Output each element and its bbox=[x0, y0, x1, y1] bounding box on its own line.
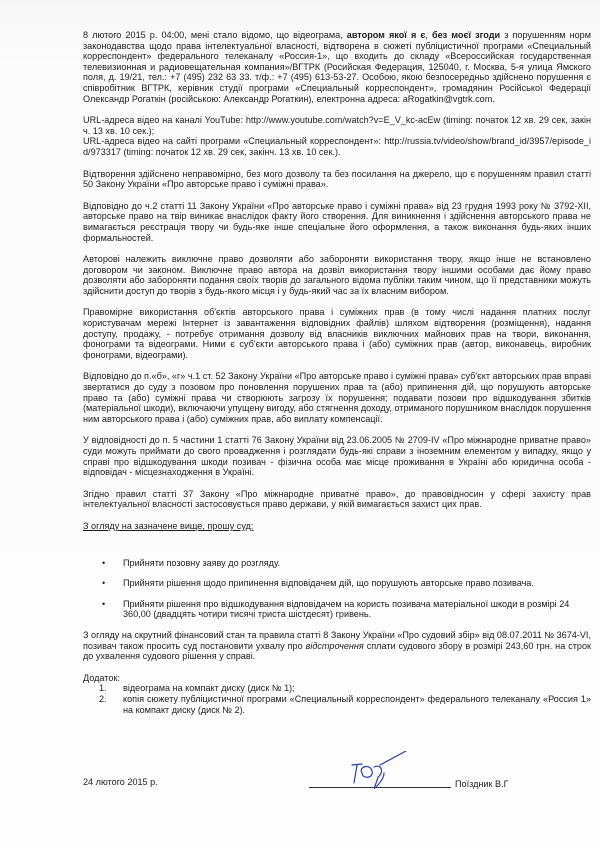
site-url-paragraph: URL-адреса відео на сайті програми «Спец… bbox=[83, 136, 591, 157]
attachment-item: 1.відеограма на компакт диску (диск № 1)… bbox=[83, 683, 591, 694]
attachments-list: 1.відеограма на компакт диску (диск № 1)… bbox=[83, 683, 591, 715]
author-emphasis: автором якої я є bbox=[347, 30, 426, 40]
attachment-item: 2.копія сюжету публіцистичної програми «… bbox=[83, 694, 591, 715]
document-date: 24 лютого 2015 р. bbox=[83, 777, 158, 787]
request-heading: З огляду на зазначене вище, прошу суд: bbox=[83, 521, 591, 532]
attachments-label: Додаток: bbox=[83, 673, 591, 684]
paragraph-lawful-use: Правомірне використання об'єктів авторсь… bbox=[83, 307, 591, 360]
paragraph-violation: Відтворення здійснено неправомірно, без … bbox=[83, 169, 591, 190]
document-body: 8 лютого 2015 р. 04:00, мені стало відом… bbox=[83, 30, 591, 715]
consent-emphasis: без моєї згоди bbox=[432, 30, 500, 40]
request-list: •Прийняти позовну заяву до розгляду. •Пр… bbox=[83, 558, 591, 620]
request-item: •Прийняти рішення про відшкодування відп… bbox=[83, 599, 591, 620]
court-fee-paragraph: З огляду на скрутний фінансовий стан та … bbox=[83, 630, 591, 662]
youtube-url-paragraph: URL-адреса відео на каналі YouTube: http… bbox=[83, 115, 591, 136]
intro-paragraph: 8 лютого 2015 р. 04:00, мені стало відом… bbox=[83, 30, 591, 104]
paragraph-article-76: У відповідності до п. 5 частини 1 статті… bbox=[83, 435, 591, 477]
paragraph-article-52: Відповідно до п.«б», «г» ч.1 ст. 52 Зако… bbox=[83, 371, 591, 424]
signer-name: Поїздник В.Г bbox=[455, 779, 509, 789]
bullet-icon: • bbox=[102, 599, 105, 610]
request-item: •Прийняти рішення щодо припинення відпов… bbox=[83, 578, 591, 589]
deferral-emphasis: відстрочення bbox=[306, 641, 364, 651]
paragraph-article-37: Згідно правил статті 37 Закону «Про міжн… bbox=[83, 489, 591, 510]
paragraph-article-11: Відповідно до ч.2 статті 11 Закону Украї… bbox=[83, 201, 591, 243]
paragraph-exclusive-right: Авторові належить виключне право дозволя… bbox=[83, 254, 591, 296]
bullet-icon: • bbox=[102, 578, 105, 589]
bullet-icon: • bbox=[102, 558, 105, 569]
request-item: •Прийняти позовну заяву до розгляду. bbox=[83, 558, 591, 569]
signature-icon bbox=[348, 751, 408, 791]
document-page: 8 лютого 2015 р. 04:00, мені стало відом… bbox=[0, 0, 600, 848]
